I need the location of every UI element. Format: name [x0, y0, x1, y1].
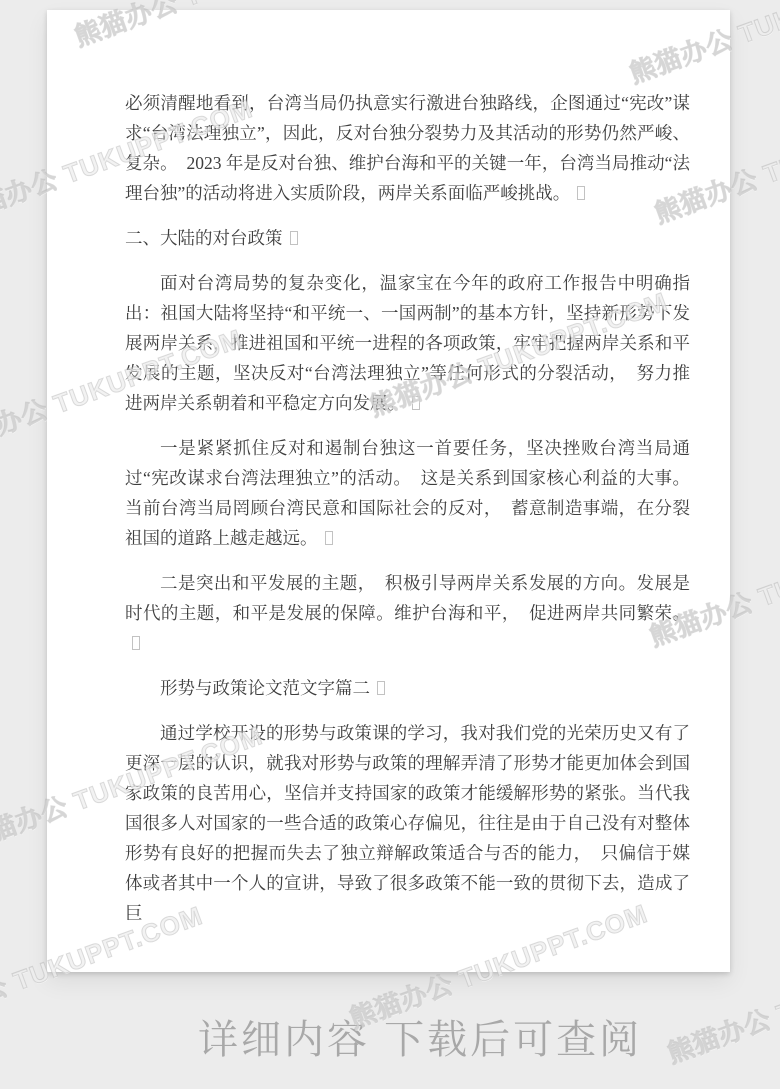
paragraph-text: 形势与政策论文范文字篇二 [160, 678, 370, 698]
paragraph-mark-icon [132, 636, 140, 650]
paragraph-text: 通过学校开设的形势与政策课的学习，我对我们党的光荣历史又有了更深一层的认识，就我… [125, 723, 690, 923]
paragraph: 面对台湾局势的复杂变化，温家宝在今年的政府工作报告中明确指出：祖国大陆将坚持“和… [125, 268, 690, 418]
paragraph-text: 面对台湾局势的复杂变化，温家宝在今年的政府工作报告中明确指出：祖国大陆将坚持“和… [125, 273, 690, 413]
paragraph-mark-icon [325, 531, 333, 545]
document-page: 必须清醒地看到，台湾当局仍执意实行激进台独路线，企图通过“宪改”谋求“台湾法理独… [47, 10, 730, 972]
paragraph-mark-icon [377, 681, 385, 695]
paragraph-text: 必须清醒地看到，台湾当局仍执意实行激进台独路线，企图通过“宪改”谋求“台湾法理独… [125, 93, 690, 203]
document-content: 必须清醒地看到，台湾当局仍执意实行激进台独路线，企图通过“宪改”谋求“台湾法理独… [125, 88, 690, 943]
paragraph: 一是紧紧抓住反对和遏制台独这一首要任务，坚决挫败台湾当局通过“宪改谋求台湾法理独… [125, 433, 690, 553]
download-hint-text: 详细内容 下载后可查阅 [198, 1008, 642, 1065]
paragraph-mark-icon [577, 186, 585, 200]
paragraph-text: 一是紧紧抓住反对和遏制台独这一首要任务，坚决挫败台湾当局通过“宪改谋求台湾法理独… [125, 438, 690, 548]
paragraph: 必须清醒地看到，台湾当局仍执意实行激进台独路线，企图通过“宪改”谋求“台湾法理独… [125, 88, 690, 208]
paragraph-text: 二、大陆的对台政策 [125, 228, 283, 248]
paragraph: 二是突出和平发展的主题， 积极引导两岸关系发展的方向。发展是时代的主题，和平是发… [125, 568, 690, 658]
document-preview-screen: { "document": { "blocks": [ { "kind": "b… [0, 0, 780, 1089]
paragraph-mark-icon [290, 231, 298, 245]
paragraph-mark-icon [412, 396, 420, 410]
paragraph-text: 二是突出和平发展的主题， 积极引导两岸关系发展的方向。发展是时代的主题，和平是发… [125, 573, 690, 623]
paragraph: 通过学校开设的形势与政策课的学习，我对我们党的光荣历史又有了更深一层的认识，就我… [125, 718, 690, 928]
section-heading: 二、大陆的对台政策 [125, 223, 690, 253]
subtitle: 形势与政策论文范文字篇二 [125, 673, 690, 703]
